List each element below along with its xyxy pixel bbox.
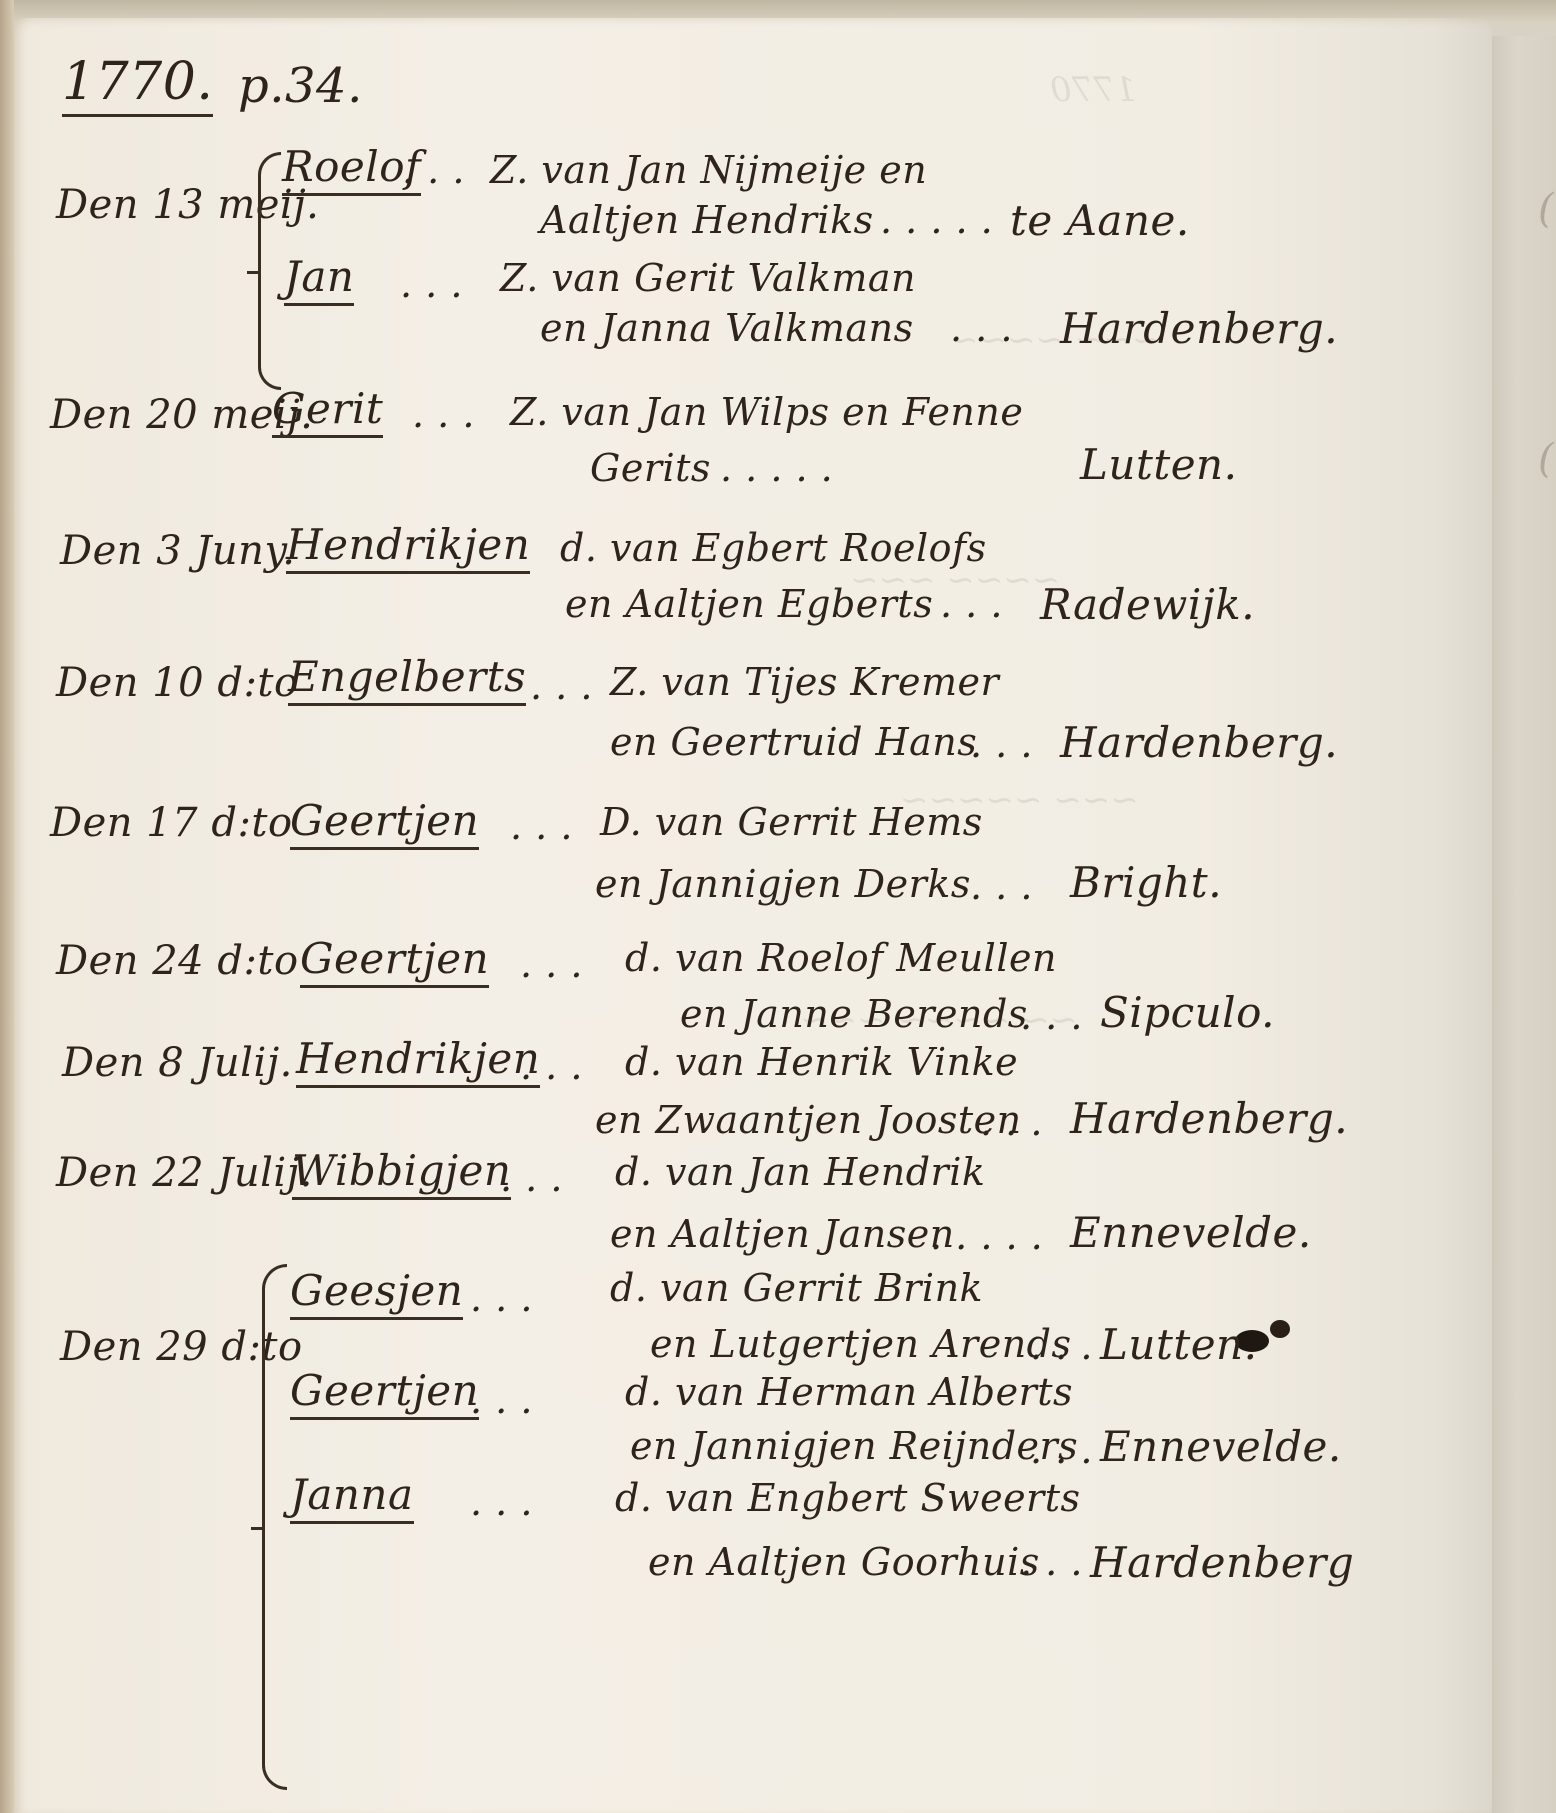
adjacent-page-ghost-text: ( xyxy=(1538,186,1554,232)
child-name: Geesjen xyxy=(290,1266,463,1320)
parents-line: d. van Roelof Meullen xyxy=(625,936,1057,980)
parents-line: Z. van Tijes Kremer xyxy=(610,660,999,704)
entry-date: Den 24 d:to xyxy=(56,938,299,984)
parents-line: en Aaltjen Egberts xyxy=(565,582,933,626)
ink-blot xyxy=(1270,1320,1290,1338)
parents-line: en Aaltjen Goorhuis xyxy=(648,1540,1040,1584)
parents-line: Z. van Jan Nijmeije en xyxy=(490,148,927,192)
separator-dots: . . . xyxy=(402,148,465,192)
parents-line: Aaltjen Hendriks xyxy=(540,198,874,242)
parents-line: d. van Engbert Sweerts xyxy=(615,1476,1081,1520)
place-name: Hardenberg. xyxy=(1070,1094,1348,1143)
child-name: Gerit xyxy=(272,384,383,438)
separator-dots: . . . xyxy=(970,722,1033,766)
entry-date: Den 8 Julij. xyxy=(62,1040,293,1086)
separator-dots: . . . xyxy=(520,942,583,986)
place-name: Lutten. xyxy=(1100,1320,1257,1369)
place-name: te Aane. xyxy=(1010,196,1190,245)
separator-dots: . . . xyxy=(470,1480,533,1524)
parents-line: en Janne Berends xyxy=(680,992,1028,1036)
page-reference: p.34. xyxy=(238,58,363,114)
parents-line: en Geertruid Hans xyxy=(610,720,977,764)
child-name: Geertjen xyxy=(290,796,479,850)
entry-date: Den 10 d:to xyxy=(56,660,299,706)
place-name: Lutten. xyxy=(1080,440,1237,489)
register-year: 1770. xyxy=(62,52,213,117)
child-name: Hendrikjen xyxy=(296,1034,540,1088)
separator-dots: . . . xyxy=(1030,1324,1093,1368)
separator-dots: . . . xyxy=(412,392,475,436)
separator-dots: . . . xyxy=(940,582,1003,626)
separator-dots: . . . xyxy=(470,1276,533,1320)
grouping-brace xyxy=(262,1264,287,1790)
parents-line: Z. van Jan Wilps en Fenne xyxy=(510,390,1023,434)
adjacent-page-edge: ( ( xyxy=(1492,36,1556,1813)
child-name: Geertjen xyxy=(300,934,489,988)
entry-date: Den 22 Julij. xyxy=(56,1150,313,1196)
separator-dots: . . . xyxy=(470,1378,533,1422)
parents-line: d. van Henrik Vinke xyxy=(625,1040,1018,1084)
child-name: Geertjen xyxy=(290,1366,479,1420)
separator-dots: . . . xyxy=(510,804,573,848)
separator-dots: . . . xyxy=(950,306,1013,350)
separator-dots: . . . xyxy=(520,1044,583,1088)
entry-date: Den 17 d:to xyxy=(50,800,293,846)
place-name: Hardenberg xyxy=(1090,1538,1354,1587)
grouping-brace xyxy=(258,152,281,390)
parents-line: en Aaltjen Jansen xyxy=(610,1212,955,1256)
parents-line: en Lutgertjen Arends xyxy=(650,1322,1072,1366)
separator-dots: . . . xyxy=(970,864,1033,908)
separator-dots: . . . . . xyxy=(930,1214,1043,1258)
place-name: Ennevelde. xyxy=(1070,1208,1312,1257)
child-name: Engelberts xyxy=(288,652,526,706)
child-name: Wibbigjen xyxy=(292,1146,511,1200)
separator-dots: . . . xyxy=(1020,1540,1083,1584)
child-name: Roelof xyxy=(282,142,421,196)
separator-dots: . . . xyxy=(1020,994,1083,1038)
parents-line: d. van Jan Hendrik xyxy=(615,1150,985,1194)
place-name: Sipculo. xyxy=(1100,988,1275,1037)
place-name: Bright. xyxy=(1070,858,1222,907)
parents-line: d. van Gerrit Brink xyxy=(610,1266,983,1310)
parents-line: d. van Egbert Roelofs xyxy=(560,526,987,570)
separator-dots: . . . xyxy=(500,1156,563,1200)
separator-dots: . . . xyxy=(980,1100,1043,1144)
separator-dots: . . . xyxy=(530,664,593,708)
parents-line: en Janna Valkmans xyxy=(540,306,914,350)
separator-dots: . . . . . xyxy=(880,198,993,242)
place-name: Hardenberg. xyxy=(1060,718,1338,767)
parents-line: d. van Herman Alberts xyxy=(625,1370,1073,1414)
place-name: Radewijk. xyxy=(1040,580,1255,629)
parents-line: D. van Gerrit Hems xyxy=(600,800,983,844)
parents-line: en Jannigjen Reijnders xyxy=(630,1424,1078,1468)
place-name: Hardenberg. xyxy=(1060,304,1338,353)
child-name: Jan xyxy=(284,252,354,306)
separator-dots: . . . . . xyxy=(720,446,833,490)
adjacent-page-ghost-text: ( xyxy=(1538,436,1554,482)
parents-line: Gerits xyxy=(590,446,711,490)
parents-line: en Zwaantjen Joosten xyxy=(595,1098,1022,1142)
child-name: Janna xyxy=(290,1470,414,1524)
separator-dots: . . . xyxy=(1030,1428,1093,1472)
child-name: Hendrikjen xyxy=(286,520,530,574)
bleed-through-text: 1770 xyxy=(1050,70,1137,110)
place-name: Ennevelde. xyxy=(1100,1422,1342,1471)
page-binding-edge xyxy=(0,0,14,1813)
separator-dots: . . . xyxy=(400,262,463,306)
parents-line: en Jannigjen Derks xyxy=(595,862,971,906)
parents-line: Z. van Gerit Valkman xyxy=(500,256,916,300)
entry-date: Den 3 Juny. xyxy=(60,528,295,574)
